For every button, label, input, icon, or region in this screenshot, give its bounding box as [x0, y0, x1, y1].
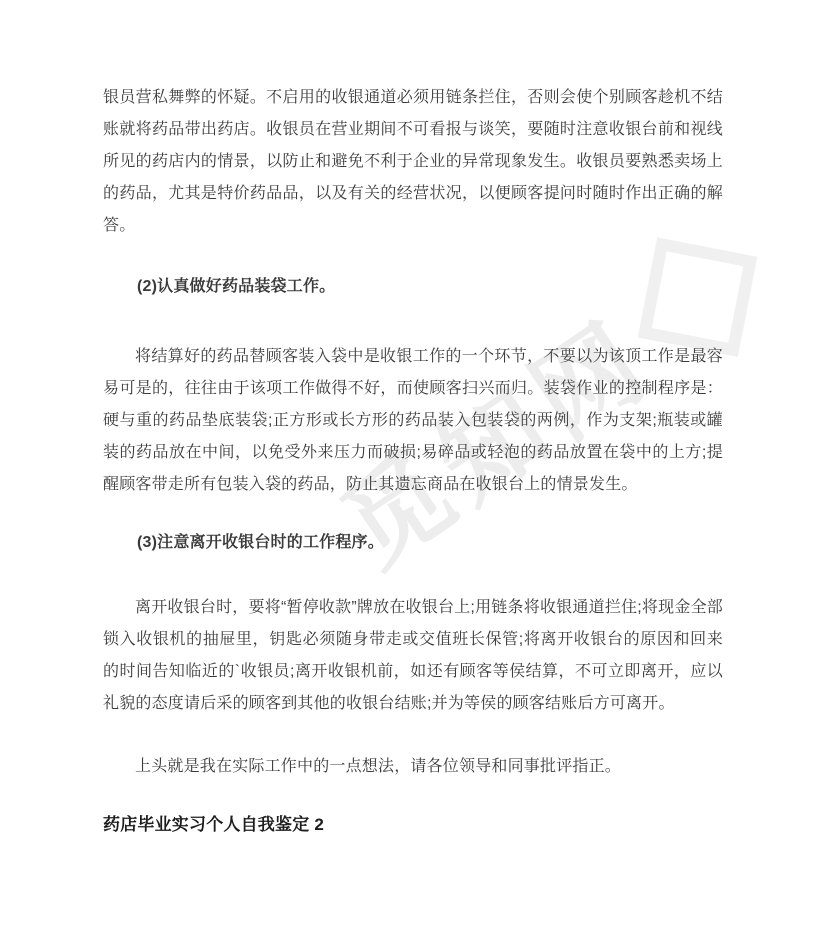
section-heading-3: (3)注意离开收银台时的工作程序。 [103, 527, 723, 559]
body-paragraph-leaving-register: 离开收银台时，要将“暂停收款”牌放在收银台上;用链条将收银通道拦住;将现金全部锁… [103, 592, 723, 720]
body-paragraph-bagging: 将结算好的药品替顾客装入袋中是收银工作的一个环节，不要以为该顶工作是最容易可是的… [103, 341, 723, 501]
section-heading-2: (2)认真做好药品装袋工作。 [103, 271, 723, 303]
section-title: 药店毕业实习个人自我鉴定 2 [103, 809, 723, 841]
closing-remark: 上头就是我在实际工作中的一点想法，请各位领导和同事批评指正。 [103, 751, 723, 783]
body-paragraph-continuation: 银员营私舞弊的怀疑。不启用的收银通道必须用链条拦住，否则会使个别顾客趁机不结账就… [103, 82, 723, 242]
document-page: 觅知网 银员营私舞弊的怀疑。不启用的收银通道必须用链条拦住，否则会使个别顾客趁机… [0, 0, 830, 927]
